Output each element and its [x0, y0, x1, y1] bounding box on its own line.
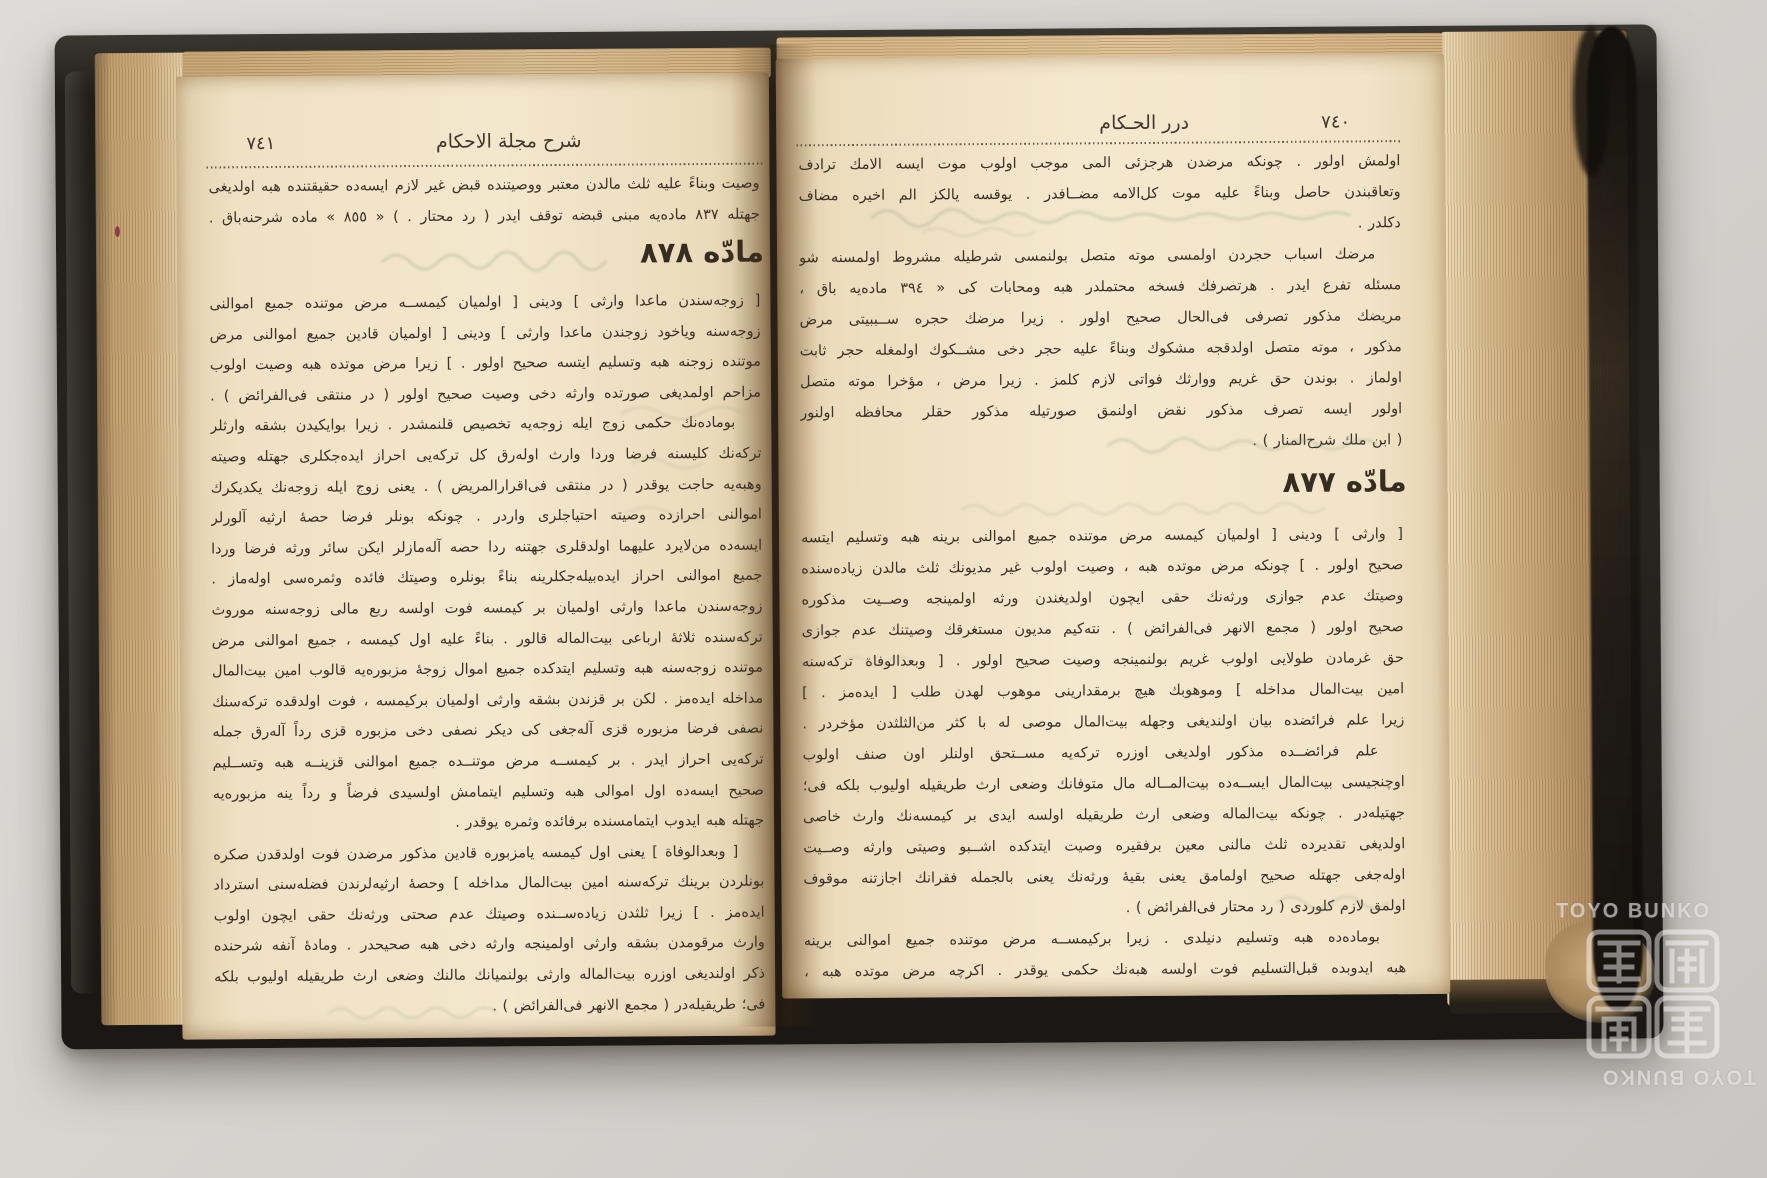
text-line: اولور ايسه تصرف مذكور نقض اولنمق صورتيله… — [800, 394, 1402, 429]
right-page-header: ٧٤٠ درر الحـكام — [798, 110, 1400, 136]
text-line: مذكور ، موته متصل اولدقجه مشكوك وبناءً ع… — [800, 332, 1402, 367]
text-line: اموالنى احرازده وصيته احتياجلرى واردر . … — [211, 500, 762, 534]
toyo-bunko-watermark: TOYO BUNKO TOYO BUNKO — [1556, 900, 1756, 1088]
text-line: حق غرمادن طولايى اولوب غريم بولنمينجه وص… — [802, 643, 1404, 678]
left-page: ٧٤١ شرح مجلة الاحكام وصيت وبناءً عليه ثل… — [176, 73, 776, 1040]
right-header-rule — [796, 140, 1400, 146]
photo-scene: ٧٤١ شرح مجلة الاحكام وصيت وبناءً عليه ثل… — [0, 0, 1767, 1178]
text-line: هبه ايدوبده قبل‌التسليم فوت اولسه هبه‌نك… — [804, 953, 1406, 988]
text-line: وصيتك عدم جوازى ورثه‌نك حقى ايچون اولديغ… — [801, 581, 1403, 616]
text-line: وصيت وبناءً عليه ثلث مالدن معتبر ووصيتند… — [208, 169, 759, 203]
text-line: صحيح ايسه‌ده اول اموالى هبه وتسليم ايتما… — [213, 775, 764, 809]
left-page-header: ٧٤١ شرح مجلة الاحكام — [208, 129, 759, 155]
left-page-number: ٧٤١ — [246, 133, 275, 154]
right-page-number: ٧٤٠ — [1321, 111, 1350, 132]
text-line: اولمش اولور . چونكه مرضدن هرجزئى المى مو… — [798, 146, 1400, 181]
text-line: مريضك مذكور تصرفى فى‌الحال صحيح اولور . … — [799, 301, 1401, 336]
text-line: مداخله ايده‌مز . لكن بر قزندن بشقه وارثى… — [212, 683, 763, 717]
text-line: جميع اموالنى احراز ايده‌بيله‌جكلرينه بنا… — [211, 561, 762, 595]
left-running-title: شرح مجلة الاحكام — [208, 129, 759, 155]
text-line: بوماده‌ده هبه وتسليم دنيلدى . زيرا بركيم… — [804, 922, 1406, 957]
text-line: وتعاقبندن حاصل وبناءً عليه موت كل‌الامه … — [799, 177, 1401, 212]
text-line: مسئله تفرع ايدر . هرتصرفك فسخه محتملدر ه… — [799, 270, 1401, 305]
left-article-heading: مادّه ٨٧٨ — [209, 235, 764, 273]
text-line: [ وارثى ] ودينى [ اولميان كيمسه مرض موتن… — [801, 519, 1403, 554]
text-line: بونلردن برينك تركه‌سنه امين بيت‌المال مد… — [213, 867, 764, 901]
right-intro-text: اولمش اولور . چونكه مرضدن هرجزئى المى مو… — [798, 146, 1402, 460]
text-line: مرضك اسباب حجردن اولمسى موته متصل بولنمس… — [799, 239, 1401, 274]
watermark-text-top: TOYO BUNKO — [1556, 899, 1756, 924]
text-line: ايده‌مز . ] زيرا ثلثدن زياده‌ســنده وصيت… — [214, 897, 765, 931]
right-running-title: درر الحـكام — [798, 110, 1400, 136]
text-line: زيرا علم فرائضده بيان اولنديغى وجهله بيت… — [802, 705, 1404, 740]
text-line: زوجه‌سندن ماعدا وارثى اولميان بر كيمسه ف… — [211, 592, 762, 626]
text-line: اولمق لازم كلوردى ( رد محتار فى‌الفرائض … — [804, 891, 1406, 926]
text-line: موتنده زوجه‌سنه هبه وتسليم ايتدكده جميع … — [212, 653, 763, 687]
cover-wear-streak — [1587, 26, 1644, 1010]
text-line: تركه‌سنده ثلاثهٔ ارباعى بيت‌الماله قالور… — [212, 622, 763, 656]
left-intro-text: وصيت وبناءً عليه ثلث مالدن معتبر ووصيتند… — [208, 169, 759, 234]
text-line: صحيح اولور . ] چونكه مرض موتده هبه ، وصي… — [801, 550, 1403, 585]
text-line: بوماده‌نك حكمى زوج ايله زوجه‌يه تخصيص قل… — [210, 408, 761, 442]
red-ink-speck — [115, 226, 120, 237]
text-line: اولماز . بوندن حق غريم ووارثك فواتى لازم… — [800, 363, 1402, 398]
text-line: اوله‌جغى جهتله صحيح اولمامق يعنى بقيهٔ و… — [803, 860, 1405, 895]
text-line: جهتله ٨٣٧ ماده‌يه مبنى قبضه توقف ايدر ( … — [209, 199, 760, 233]
text-line: وهبه‌يه حاجت يوقدر ( در منتقى فى‌اقرارال… — [211, 469, 762, 503]
text-line: ذكر اولنديغى اوزره بيت‌الماله وارثى بولن… — [214, 959, 765, 993]
text-line: جهتيله‌در . چونكه بيت‌الماله وضعى ارث طر… — [803, 798, 1405, 833]
text-line: مزاحم اولمديغى صورتده وارثه دخى وصيت صحي… — [210, 377, 761, 411]
text-line: علم فرائضــده مذكور اولديغى اوزره تركه‌ي… — [802, 736, 1404, 771]
text-line: تركه‌يى احراز ايدر . بر كيمســه مرض موتن… — [213, 745, 764, 779]
text-line: فى؛ طريقيله‌در ( مجمع الانهر فى‌الفرائض … — [214, 989, 765, 1023]
right-article-heading: مادّه ٨٧٧ — [801, 464, 1407, 502]
text-line: تركه‌نك كليسنه فرضا وردا وارث اوله‌رق كل… — [210, 439, 761, 473]
text-line: جهتله هبه ايدوب ايتمامسنده برفائده وثمره… — [213, 806, 764, 840]
text-line: وارث مرقومدن بشقه وارثى اولمينجه وارثه د… — [214, 928, 765, 962]
text-line: دكلدر . — [799, 208, 1401, 243]
text-line: [ زوجه‌سندن ماعدا وارثى ] ودينى [ اولميا… — [209, 286, 760, 320]
right-body-text: [ وارثى ] ودينى [ اولميان كيمسه مرض موتن… — [801, 519, 1406, 988]
left-body-text: [ زوجه‌سندن ماعدا وارثى ] ودينى [ اولميا… — [209, 286, 765, 1024]
book: ٧٤١ شرح مجلة الاحكام وصيت وبناءً عليه ثل… — [0, 0, 1767, 1178]
text-line: اولديغى تقديرده ثلث مالنى معين برفقيره و… — [803, 829, 1405, 864]
text-line: ايسه‌ده من‌لايرد عليهما اولدقلرى جهتنه ر… — [211, 530, 762, 564]
text-line: صحيح اولور ( مجمع الانهر فى‌الفرائض ) . … — [802, 612, 1404, 647]
text-line: زوجه‌سنه وياخود زوجندن ماعدا وارثى ] ودي… — [210, 316, 761, 350]
watermark-text-bottom: TOYO BUNKO — [1560, 1064, 1756, 1089]
text-line: [ وبعدالوفاة ] يعنى اول كيمسه يامزبوره ق… — [213, 836, 764, 870]
text-line: موتنده زوجنه هبه وتسليم ايتسه صحيح اولور… — [210, 347, 761, 381]
toyo-bunko-seal-icon — [1586, 929, 1720, 1059]
text-line: نصفى فرضا مزبوره قزى آله‌جغى كى ديكر نصف… — [212, 714, 763, 748]
right-page: ٧٤٠ درر الحـكام اولمش اولور . چونكه مرضد… — [776, 54, 1451, 999]
text-line: اوچنجيسى بيت‌المال ايســه‌ده بيت‌المــال… — [803, 767, 1405, 802]
text-line: امين بيت‌المال مداخله ] وموهوبك هيچ برمق… — [802, 674, 1404, 709]
text-line: ( ابن ملك شرح‌المنار ) . — [800, 425, 1402, 460]
left-header-rule — [206, 163, 762, 169]
